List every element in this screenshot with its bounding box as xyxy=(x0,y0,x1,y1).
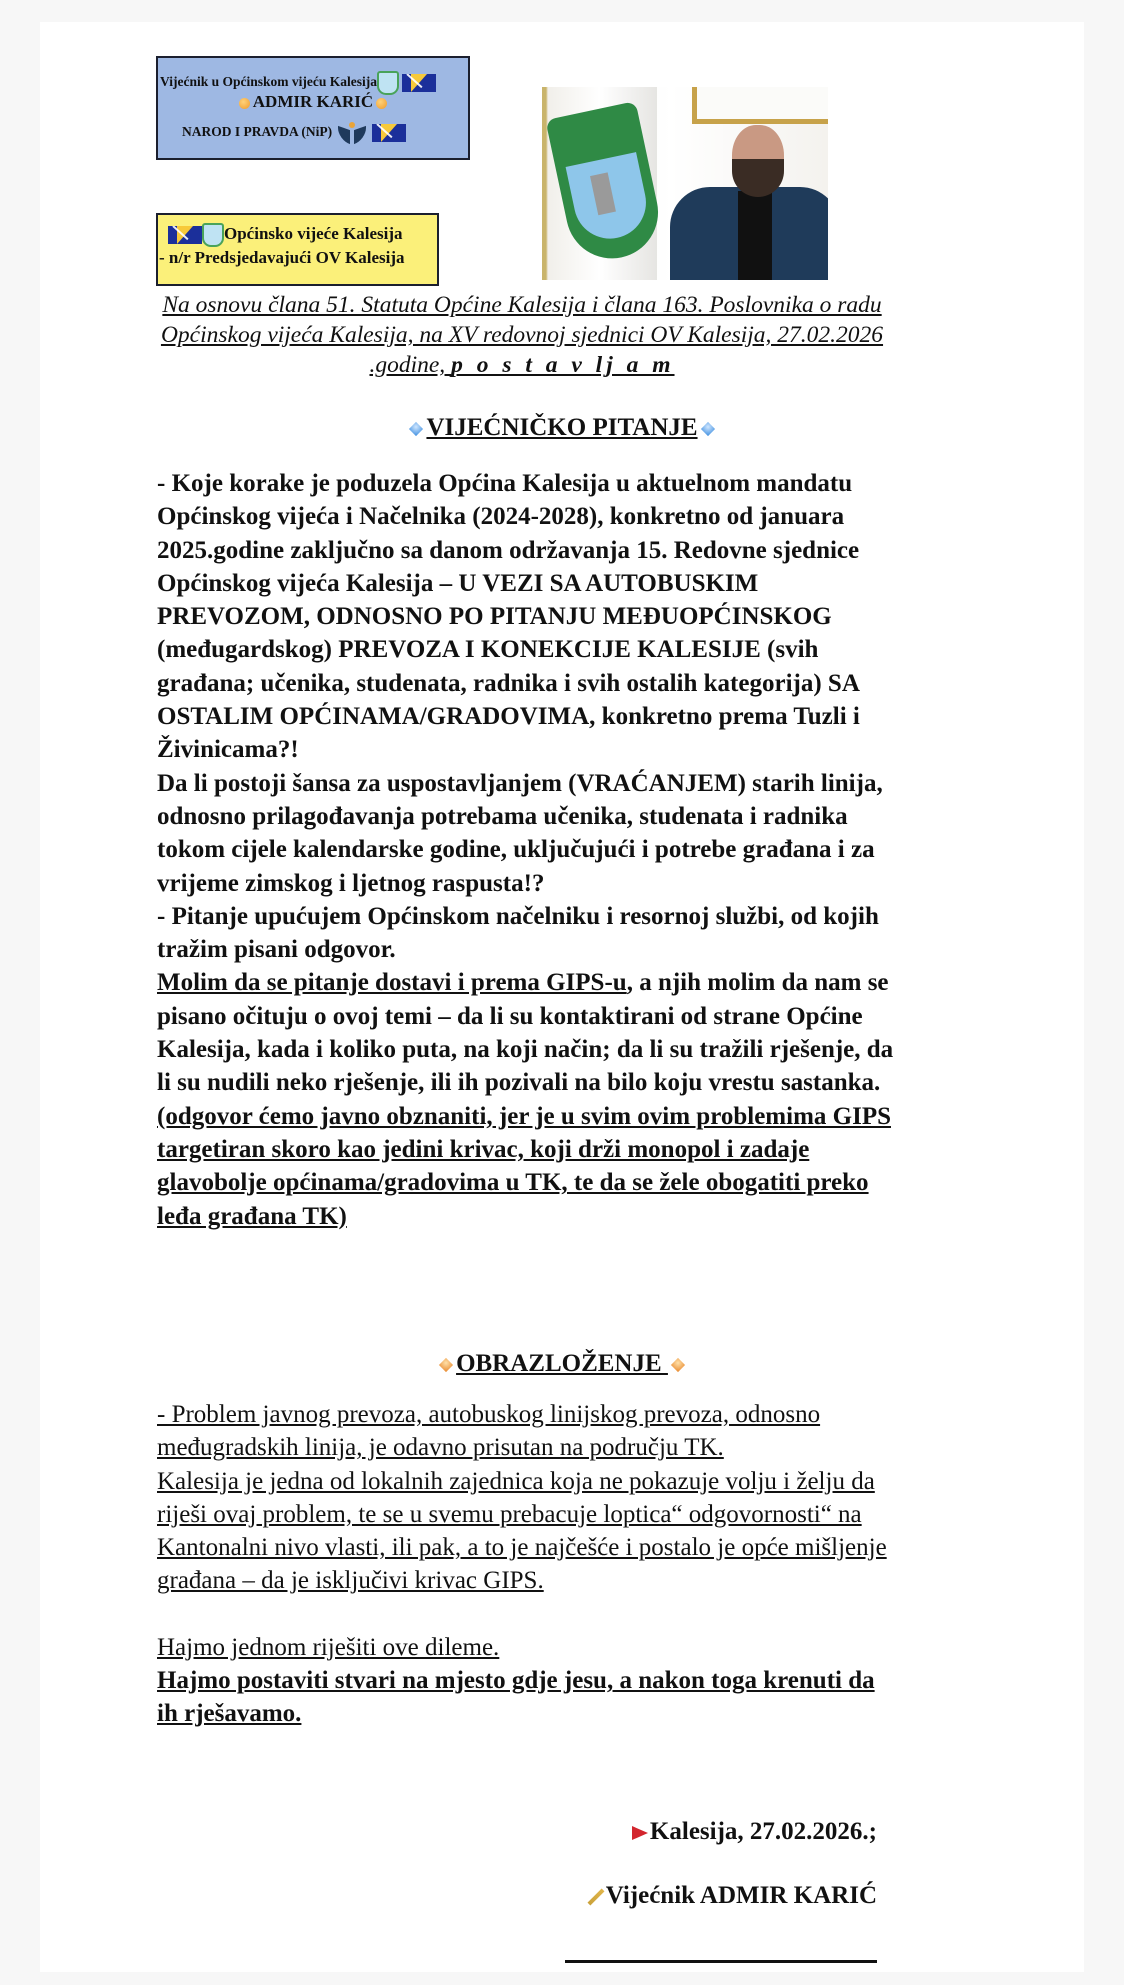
justification-title: OBRAZLOŽENJE xyxy=(456,1350,668,1377)
question-paragraph: (odgovor ćemo javno obznaniti, jer je u … xyxy=(157,1100,897,1233)
signature-text: Vijećnik ADMIR KARIĆ xyxy=(606,1882,877,1909)
orange-diamond-icon xyxy=(439,1358,453,1372)
councillor-photo xyxy=(542,87,828,280)
place-date-text: Kalesija, 27.02.2026.; xyxy=(650,1818,877,1845)
justification-paragraph: Hajmo postaviti stvari na mjesto gdje je… xyxy=(157,1664,897,1731)
addressee-council: Općinsko vijeće Kalesija xyxy=(224,224,402,243)
justification-paragraph: Hajmo jednom riješiti ove dileme. xyxy=(157,1631,897,1664)
orange-diamond-icon xyxy=(671,1358,685,1372)
question-paragraph: Molim da se pitanje dostavi i prema GIPS… xyxy=(157,966,897,1099)
orange-dot-icon xyxy=(239,98,250,109)
legal-basis-intro: Na osnovu člana 51. Statuta Općine Kales… xyxy=(160,290,884,380)
nip-logo-icon xyxy=(338,122,366,144)
bih-flag-icon xyxy=(372,124,406,142)
signature-block: Vijećnik ADMIR KARIĆ xyxy=(594,1882,877,1910)
question-paragraph: - Koje korake je poduzela Općina Kalesij… xyxy=(157,467,897,767)
kalesija-crest-icon xyxy=(202,223,224,247)
bih-flag-icon xyxy=(168,226,202,244)
question-body: - Koje korake je poduzela Općina Kalesij… xyxy=(157,467,897,1233)
councillor-name-text: ADMIR KARIĆ xyxy=(253,92,373,111)
justification-paragraph: Kalesija je jedna od lokalnih zajednica … xyxy=(157,1465,897,1598)
intro-emphasis: p o s t a v lj a m xyxy=(451,352,674,378)
addressee-box: Općinsko vijeće Kalesija - n/r Predsjeda… xyxy=(156,213,439,286)
question-paragraph: - Pitanje upućujem Općinskom načelniku i… xyxy=(157,900,897,967)
party-line: NAROD I PRAVDA (NiP) xyxy=(182,122,406,144)
party-name: NAROD I PRAVDA (NiP) xyxy=(182,124,332,139)
question-title: VIJEĆNIČKO PITANJE xyxy=(426,414,697,441)
orange-dot-icon xyxy=(376,98,387,109)
blue-diamond-icon xyxy=(700,422,714,436)
addressee-line-2: - n/r Predsjedavajući OV Kalesija xyxy=(159,248,405,268)
addressee-line-1: Općinsko vijeće Kalesija xyxy=(168,223,402,247)
place-date: Kalesija, 27.02.2026.; xyxy=(632,1818,877,1846)
councillor-line-text: Vijećnik u Općinskom vijeću Kalesija xyxy=(160,74,377,89)
justification-heading: OBRAZLOŽENJE xyxy=(0,1350,1124,1378)
signature-line xyxy=(565,1960,877,1963)
question-heading: VIJEĆNIČKO PITANJE xyxy=(0,414,1124,442)
councillor-header-box: Vijećnik u Općinskom vijeću Kalesija ADM… xyxy=(156,56,470,160)
justification-body: - Problem javnog prevoza, autobuskog lin… xyxy=(157,1398,897,1731)
justification-paragraph: - Problem javnog prevoza, autobuskog lin… xyxy=(157,1398,897,1465)
councillor-name: ADMIR KARIĆ xyxy=(158,92,468,112)
red-triangle-icon xyxy=(632,1826,648,1840)
blue-diamond-icon xyxy=(409,422,423,436)
gips-request-underlined: Molim da se pitanje dostavi i prema GIPS… xyxy=(157,969,627,996)
question-paragraph: Da li postoji šansa za uspostavljanjem (… xyxy=(157,767,897,900)
bih-flag-icon xyxy=(402,74,436,92)
